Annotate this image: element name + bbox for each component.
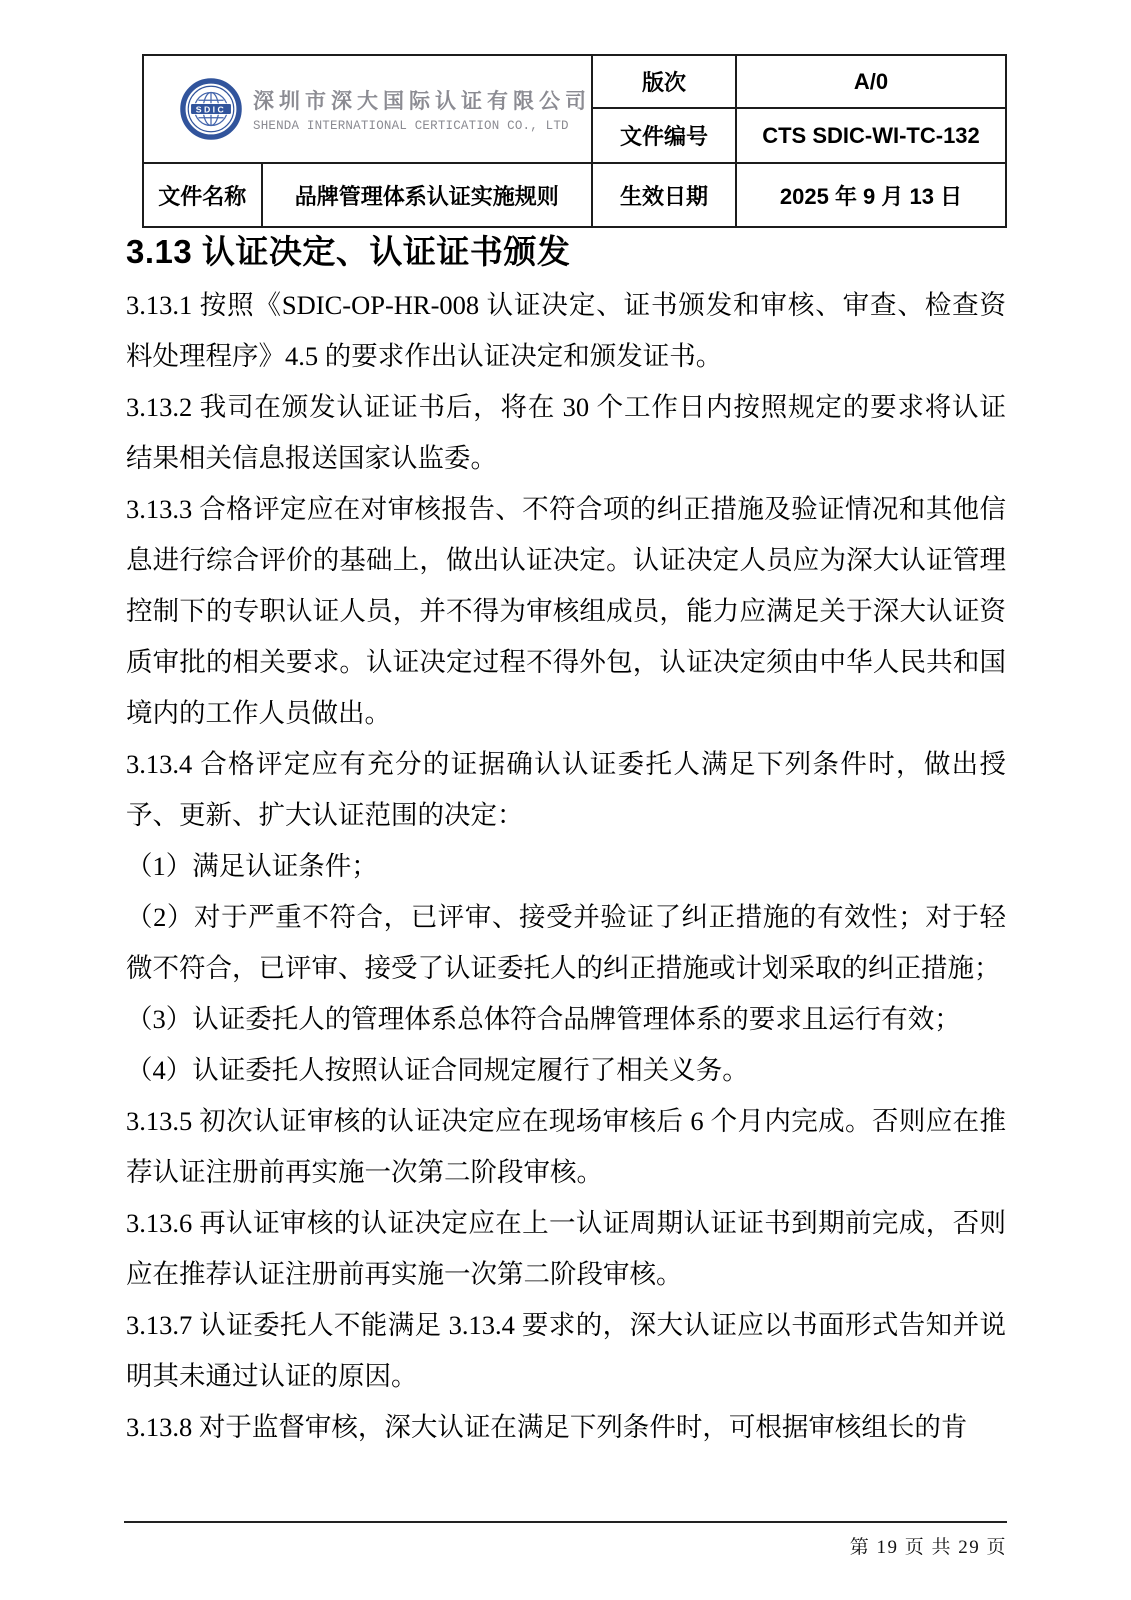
doc-number-label: 文件编号 bbox=[592, 108, 736, 163]
body-text: 3.13.1 按照《SDIC-OP-HR-008 认证决定、证书颁发和审核、审查… bbox=[126, 280, 1006, 1453]
list-item-3: （3）认证委托人的管理体系总体符合品牌管理体系的要求且运行有效； bbox=[126, 994, 1006, 1045]
doc-number-value: CTS SDIC-WI-TC-132 bbox=[736, 108, 1006, 163]
effective-date-label: 生效日期 bbox=[592, 163, 736, 227]
version-label: 版次 bbox=[592, 55, 736, 108]
paragraph-3-13-2: 3.13.2 我司在颁发认证证书后，将在 30 个工作日内按照规定的要求将认证结… bbox=[126, 382, 1006, 484]
effective-date-value: 2025 年 9 月 13 日 bbox=[736, 163, 1006, 227]
paragraph-3-13-4: 3.13.4 合格评定应有充分的证据确认认证委托人满足下列条件时，做出授予、更新… bbox=[126, 739, 1006, 841]
company-logo-icon: SDIC bbox=[180, 78, 242, 140]
page-number: 第 19 页 共 29 页 bbox=[124, 1532, 1007, 1559]
logo-monogram: SDIC bbox=[196, 104, 226, 114]
company-name-en: SHENDA INTERNATIONAL CERTICATION CO., LT… bbox=[253, 119, 591, 133]
list-item-2: （2）对于严重不符合，已评审、接受并验证了纠正措施的有效性；对于轻微不符合，已评… bbox=[126, 892, 1006, 994]
paragraph-3-13-8: 3.13.8 对于监督审核，深大认证在满足下列条件时，可根据审核组长的肯 bbox=[126, 1402, 1006, 1453]
document-body: 3.13 认证决定、认证证书颁发 3.13.1 按照《SDIC-OP-HR-00… bbox=[126, 232, 1006, 1453]
version-value: A/0 bbox=[736, 55, 1006, 108]
logo-cell: SDIC 深圳市深大国际认证有限公司 SHENDA INTERNATIONAL … bbox=[143, 55, 592, 163]
document-page: SDIC 深圳市深大国际认证有限公司 SHENDA INTERNATIONAL … bbox=[0, 0, 1131, 1600]
footer-rule: 第 19 页 共 29 页 bbox=[124, 1521, 1007, 1559]
paragraph-3-13-6: 3.13.6 再认证审核的认证决定应在上一认证周期认证证书到期前完成，否则应在推… bbox=[126, 1198, 1006, 1300]
paragraph-3-13-3: 3.13.3 合格评定应在对审核报告、不符合项的纠正措施及验证情况和其他信息进行… bbox=[126, 484, 1006, 739]
paragraph-3-13-1: 3.13.1 按照《SDIC-OP-HR-008 认证决定、证书颁发和审核、审查… bbox=[126, 280, 1006, 382]
list-item-1: （1）满足认证条件； bbox=[126, 841, 1006, 892]
company-name-cn: 深圳市深大国际认证有限公司 bbox=[253, 85, 591, 115]
header-table: SDIC 深圳市深大国际认证有限公司 SHENDA INTERNATIONAL … bbox=[142, 54, 1007, 228]
doc-name-label: 文件名称 bbox=[143, 163, 262, 227]
paragraph-3-13-7: 3.13.7 认证委托人不能满足 3.13.4 要求的，深大认证应以书面形式告知… bbox=[126, 1300, 1006, 1402]
paragraph-3-13-5: 3.13.5 初次认证审核的认证决定应在现场审核后 6 个月内完成。否则应在推荐… bbox=[126, 1096, 1006, 1198]
list-item-4: （4）认证委托人按照认证合同规定履行了相关义务。 bbox=[126, 1045, 1006, 1096]
doc-name-value: 品牌管理体系认证实施规则 bbox=[262, 163, 592, 227]
section-title: 3.13 认证决定、认证证书颁发 bbox=[126, 232, 1006, 272]
